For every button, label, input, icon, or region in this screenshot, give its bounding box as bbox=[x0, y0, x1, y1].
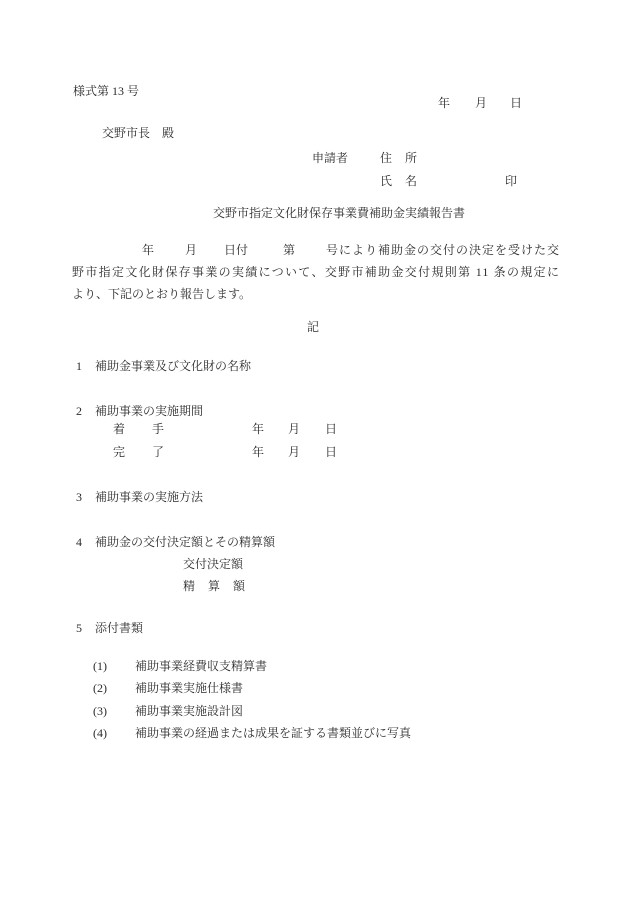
item-2-number: 2 bbox=[76, 405, 82, 417]
item-4-text: 補助金の交付決定額とその精算額 bbox=[95, 536, 275, 548]
date-month-label: 月 bbox=[475, 97, 487, 109]
attachment-4-text: 補助事業の経過または成果を証する書類並びに写真 bbox=[135, 727, 411, 739]
addressee: 交野市長 殿 bbox=[102, 127, 174, 139]
applicant-address-line: 申請者 住 所 bbox=[0, 152, 630, 166]
body-line-3: より、下記のとおり報告します。 bbox=[72, 288, 251, 300]
attachment-4: (4) 補助事業の経過または成果を証する書類並びに写真 bbox=[0, 727, 630, 741]
item-5: 5 添付書類 bbox=[0, 622, 630, 636]
attachment-3: (3) 補助事業実施設計図 bbox=[0, 705, 630, 719]
body-line-2: 野市指定文化財保存事業の実績について、交野市補助金交付規則第 11 条の規定に bbox=[72, 266, 560, 278]
applicant-name-line: 氏 名 印 bbox=[0, 175, 630, 189]
end-month-label: 月 bbox=[288, 446, 300, 458]
body-line1-text: 号により補助金の交付の決定を受けた交 bbox=[326, 244, 560, 256]
attachment-2-text: 補助事業実施仕様書 bbox=[135, 682, 243, 694]
end-label-2: 了 bbox=[152, 446, 164, 458]
start-day-label: 日 bbox=[325, 423, 337, 435]
attachment-2: (2) 補助事業実施仕様書 bbox=[0, 682, 630, 696]
item-4: 4 補助金の交付決定額とその精算額 bbox=[0, 536, 630, 550]
start-year-label: 年 bbox=[252, 423, 264, 435]
settled-amount-label: 精 算 額 bbox=[0, 580, 630, 594]
start-label-2: 手 bbox=[152, 423, 164, 435]
body-number-prefix: 第 bbox=[283, 244, 295, 256]
item-3-number: 3 bbox=[76, 491, 82, 503]
item-3: 3 補助事業の実施方法 bbox=[0, 491, 630, 505]
attachment-1: (1) 補助事業経費収支精算書 bbox=[0, 660, 630, 674]
applicant-label: 申請者 bbox=[312, 152, 348, 164]
body-month-blank: 月 bbox=[185, 244, 197, 256]
attachment-1-number: (1) bbox=[93, 660, 107, 672]
settled-label-1: 精 bbox=[183, 580, 195, 592]
seal-mark: 印 bbox=[505, 175, 517, 187]
item-1: 1 補助金事業及び文化財の名称 bbox=[0, 360, 630, 374]
start-month-label: 月 bbox=[288, 423, 300, 435]
item-1-number: 1 bbox=[76, 360, 82, 372]
date-line: 年 月 日 bbox=[0, 97, 630, 111]
address-label-2: 所 bbox=[405, 152, 417, 164]
decided-amount-label: 交付決定額 bbox=[183, 558, 243, 570]
period-start-row: 着 手 年 月 日 bbox=[0, 423, 630, 437]
form-number: 様式第 13 号 bbox=[73, 85, 139, 97]
end-day-label: 日 bbox=[325, 446, 337, 458]
body-line-1: 年 月 日付 第 号により補助金の交付の決定を受けた交 bbox=[0, 244, 630, 258]
attachment-4-number: (4) bbox=[93, 727, 107, 739]
start-label-1: 着 bbox=[113, 423, 125, 435]
body-year-blank: 年 bbox=[142, 244, 154, 256]
address-label-1: 住 bbox=[380, 152, 392, 164]
end-year-label: 年 bbox=[252, 446, 264, 458]
item-3-text: 補助事業の実施方法 bbox=[95, 491, 203, 503]
date-day-label: 日 bbox=[510, 97, 522, 109]
item-5-number: 5 bbox=[76, 622, 82, 634]
report-form-page: 様式第 13 号 年 月 日 交野市長 殿 申請者 住 所 氏 名 印 交野市指… bbox=[0, 0, 630, 903]
end-label-1: 完 bbox=[113, 446, 125, 458]
name-label-1: 氏 bbox=[380, 175, 392, 187]
attachment-3-text: 補助事業実施設計図 bbox=[135, 705, 243, 717]
ki-heading: 記 bbox=[307, 321, 319, 333]
attachment-2-number: (2) bbox=[93, 682, 107, 694]
item-2: 2 補助事業の実施期間 bbox=[0, 405, 630, 419]
item-5-text: 添付書類 bbox=[95, 622, 143, 634]
item-2-text: 補助事業の実施期間 bbox=[95, 405, 203, 417]
date-year-label: 年 bbox=[438, 97, 450, 109]
settled-label-2: 算 bbox=[208, 580, 220, 592]
item-4-number: 4 bbox=[76, 536, 82, 548]
period-end-row: 完 了 年 月 日 bbox=[0, 446, 630, 460]
body-day-label: 日付 bbox=[224, 244, 248, 256]
attachment-1-text: 補助事業経費収支精算書 bbox=[135, 660, 267, 672]
settled-label-3: 額 bbox=[233, 580, 245, 592]
item-1-text: 補助金事業及び文化財の名称 bbox=[95, 360, 251, 372]
name-label-2: 名 bbox=[405, 175, 417, 187]
document-title: 交野市指定文化財保存事業費補助金実績報告書 bbox=[213, 207, 465, 219]
attachment-3-number: (3) bbox=[93, 705, 107, 717]
